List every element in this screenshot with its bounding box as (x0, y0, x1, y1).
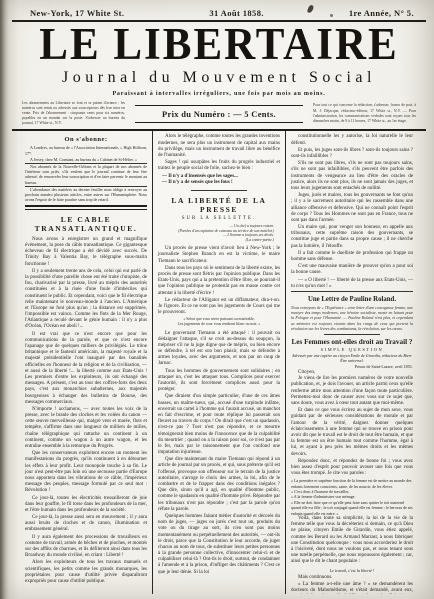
newspaper-page: New-York, 17 White St. 31 Août 1858. 1re… (0, 0, 434, 599)
paragraph: Je viens de lire les premiers numéros de… (291, 376, 413, 407)
subscribe-line: A Jersey, chez M. Constant, au bureau du… (25, 157, 147, 162)
columns-area: On s'abonne: A Londres, au bureau de « l… (20, 131, 418, 594)
masthead-subtitle: Journal du Mouvement Social (12, 69, 426, 87)
paragraph: Et puis, les juges sont-ils libres ? son… (291, 148, 413, 160)
song-line: Le travail, c'est la liberté ! (291, 568, 413, 573)
section-divider (191, 190, 247, 191)
page-inner: New-York, 17 White St. 31 Août 1858. 1re… (0, 0, 434, 594)
paragraph: Ce jour-là, toutes les électricités tres… (25, 496, 147, 515)
masthead-title: LE LIBERTAIRE (12, 22, 426, 68)
price-box: Prix du Numéro : — 5 Cents. (135, 105, 303, 123)
women-attribution: Adressée par une captive au citoyen Emil… (291, 353, 413, 363)
paragraph: Mais continuons. (291, 575, 413, 581)
women-heading: Les Femmes ont-elles droit au Travail ? (291, 338, 413, 346)
paragraph: Tous les hommes de gouvernement sont sol… (158, 369, 280, 394)
paragraph: Ce jour-là, la presse aussi sera en mouv… (25, 515, 147, 534)
quoted-line: « La première et suprême fonction de la … (291, 478, 413, 489)
paragraph: Il est vrai que ce n'est encore que pour… (25, 332, 147, 406)
women-body-b: Voilà, dans toute sa simplicité, la loi … (291, 516, 413, 566)
article-subheading-presse: SUR LA SELLETTE. (158, 216, 280, 221)
column-left: On s'abonne: A Londres, au bureau de « l… (20, 131, 152, 594)
article-presse-body-a: Un procès de presse vient d'avoir lieu à… (158, 246, 280, 316)
letter-divider (324, 334, 380, 335)
quoted-line: « Elle ne doit faire que ce qu'elle peut… (291, 500, 413, 516)
paragraph: Que diraient d'un simple particulier, d'… (158, 394, 280, 456)
paragraph: N'importe ! acclamons, — avec toutes les… (25, 407, 147, 450)
verse-quote: « Selon que vous serez puissant ou misér… (158, 317, 280, 327)
letter-intro: Nous extrayons de « l'Espérance » cette … (291, 305, 413, 331)
paragraph: Un maire qui, pour venger son honneur, e… (291, 225, 413, 250)
paragraph: Alors le télégraphe, comme toutes les gr… (158, 134, 280, 159)
paragraph: Répondez donc, et répondez de bonne foi … (291, 459, 413, 478)
letter-dateline: Prison de Saint-Lazare, avril 1851. (291, 364, 413, 369)
epigraph: — Un chef a toujours raison.(Paroles d'u… (158, 224, 280, 244)
dateline-issue: 1re Année, N° 5. (349, 8, 414, 18)
column-middle: Alors le télégraphe, comme toutes les gr… (152, 131, 286, 594)
paragraph: Nous avons à enregistrer un grand et mag… (25, 237, 147, 268)
article-heading-cable: LE CABLE TRANSATLANTIQUE. (25, 215, 147, 233)
paragraph: Il a fait comme le duelliste de professi… (291, 251, 413, 263)
masthead-tagline: Paraissant à intervalles irréguliers, un… (12, 91, 426, 97)
paragraph: Le rédacteur de l'Alligator est un diffa… (158, 298, 280, 317)
women-body-a: Je viens de lire les premiers numéros de… (291, 376, 413, 477)
article-top-rule (25, 205, 147, 210)
paragraph: Voilà, dans toute sa simplicité, la loi … (291, 516, 413, 566)
renewal-notice: Nos abonnés de la Nouvelle-Orléans et la… (25, 164, 147, 185)
paragraph: Quelques hommes faisant métier d'autorit… (158, 514, 280, 576)
editor-notice: Pour tout ce qui concerne la rédaction, … (313, 103, 416, 124)
paragraph: Que les conservateurs exploitent encore … (25, 451, 147, 494)
paragraph: Juges, jurés et maires, tous les gouvern… (291, 193, 413, 224)
paragraph: Et dans ce que vous écrirez au sujet de … (291, 408, 413, 458)
women-body-c: Mais continuons.« La femme a-t-elle une … (291, 575, 413, 595)
paragraph: Il y aura également des processions de t… (25, 535, 147, 560)
subscribe-heading: On s'abonne: (25, 136, 147, 143)
article-presse-body-b: Le gouvernant Tiemann a été attaqué : il… (158, 331, 280, 576)
women-quoted-passage: « La première et suprême fonction de la … (291, 478, 413, 516)
subscribe-lines: A Londres, au bureau de « l'Association … (25, 145, 147, 162)
dateline-row: New-York, 17 White St. 31 Août 1858. 1re… (12, 6, 426, 20)
column-right: constitutionnelle les y autorise, la loi… (286, 131, 418, 594)
salutation: Citoyen, (291, 370, 413, 375)
exclaim-line: — Il n'y a de sensés que les fous ! (158, 180, 280, 187)
paragraph: S'ils ne sont pas libres, s'ils ne sont … (291, 161, 413, 192)
dateline-address: New-York, 17 White St. (30, 8, 124, 18)
exclaim-lines: — Il n'y a d'insensés que les sages...— … (158, 174, 280, 187)
women-subheading: SIMPLE QUESTION (291, 347, 413, 352)
paragraph: Alors les exploiteurs de tous les travau… (25, 560, 147, 585)
info-row: Les abonnements au Libertaire se font et… (22, 101, 416, 127)
paragraph: Le gouvernant Tiemann a été attaqué : il… (158, 331, 280, 368)
paragraph: « La femme a-t-elle une âme ? » se deman… (291, 582, 413, 595)
dateline-date: 31 Août 1858. (209, 8, 264, 18)
subscription-notice: Les abonnements au Libertaire se font et… (22, 101, 125, 127)
paragraph: Que dire maintenant du maire Tiemann qui… (158, 457, 280, 513)
subscribe-line: A Londres, au bureau de « l'Association … (25, 145, 147, 155)
paragraph: Un procès de presse vient d'avoir lieu à… (158, 246, 280, 265)
paragraph: Dans tous les pays où le sentiment de la… (158, 266, 280, 297)
paragraph: constitutionnelle les y autorise, la loi… (291, 134, 413, 146)
price-rule-bottom (135, 122, 303, 123)
cable-continuation: Alors le télégraphe, comme toutes les gr… (158, 134, 280, 172)
price-label: Prix du Numéro : — 5 Cents. (135, 106, 303, 122)
editorial-notice: L'abondance des matières au dernier feui… (25, 187, 147, 203)
article-cable-body: Nous avons à enregistrer un grand et mag… (25, 237, 147, 585)
article-heading-presse: LA LIBERTÉ DE LA PRESSE (158, 196, 280, 214)
presse-continuation: constitutionnelle les y autorise, la loi… (291, 134, 413, 290)
letter-top-rule (291, 291, 413, 292)
paragraph: C'est une mauvaise manière de prouver qu… (291, 264, 413, 276)
paragraph: Il y a seulement trente ans de cela, cel… (25, 269, 147, 331)
letter-heading: Une Lettre de Pauline Roland. (291, 296, 413, 303)
paragraph: Sages ! qui usurpâtes les fruits du prog… (158, 160, 280, 172)
paragraph: — « O liberté ! — liberté de la presse a… (291, 278, 413, 290)
